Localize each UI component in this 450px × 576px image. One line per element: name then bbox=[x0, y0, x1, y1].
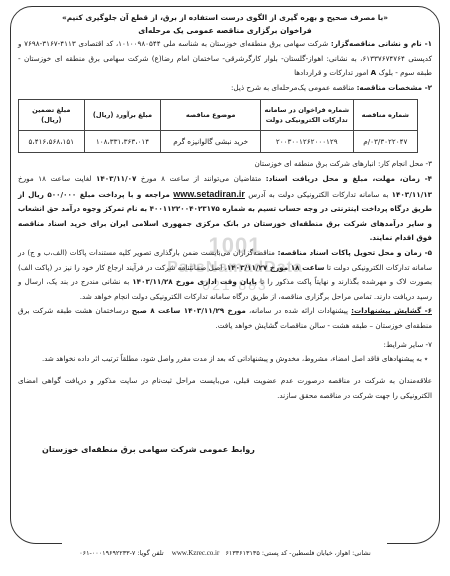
footer-website[interactable]: www.Kzrec.co.ir bbox=[172, 549, 220, 557]
slogan: «با مصرف صحیح و بهره گیری از الگوی درست … bbox=[18, 12, 432, 24]
col-call-number: شماره فراخوان در سامانه تدارکات الکترونی… bbox=[260, 100, 353, 131]
footer-address: نشانی: اهواز، خیابان فلسطین- کد پستی: ۶۱… bbox=[225, 549, 370, 557]
footer-gap bbox=[62, 540, 387, 548]
col-subject: موضوع مناقصه bbox=[161, 100, 261, 131]
section-2-specs: ۲- مشخصات مناقصه: مناقصه عمومی یک‌مرحله‌… bbox=[18, 81, 432, 96]
col-estimate: مبلغ برآورد (ریال) bbox=[84, 100, 161, 131]
col-tender-number: شماره مناقصه bbox=[353, 100, 417, 131]
section-6-opening: ۶- گشایش پیشنهادات: پیشنهادات ارائه شده … bbox=[18, 304, 432, 333]
footer-contact: نشانی: اهواز، خیابان فلسطین- کد پستی: ۶۱… bbox=[60, 549, 390, 557]
table-header-row: شماره مناقصه شماره فراخوان در سامانه تدا… bbox=[19, 100, 418, 131]
section-1-organizer: ۱- نام و نشانی مناقصه‌گزار: شرکت سهامی ب… bbox=[18, 37, 432, 81]
col-guarantee: مبلغ تضمین (ریال) bbox=[19, 100, 85, 131]
condition-bullet: ٭ به پیشنهادهای فاقد اصل امضاء، مشروط، م… bbox=[18, 352, 428, 366]
tender-table: شماره مناقصه شماره فراخوان در سامانه تدا… bbox=[18, 99, 418, 153]
section-5-delivery: ۵- زمان و محل تحویل پاکات اسناد مناقصه: … bbox=[18, 246, 432, 304]
setadiran-link[interactable]: www.setadiran.ir bbox=[173, 189, 245, 199]
signature: روابط عمومی شرکت سهامی برق منطقه‌ای خوزس… bbox=[42, 445, 255, 454]
section-7-conditions: ۷- سایر شرایط: bbox=[18, 338, 432, 353]
closing-note: علاقه‌مندان به شرکت در مناقصه درصورت عدم… bbox=[18, 374, 432, 403]
table-row: ۰۳/۳۰۲۲۰۴۷/م ۲۰۰۳۰۰۱۲۶۲۰۰۰۱۲۹ خرید نبشی … bbox=[19, 131, 418, 153]
section-4-documents: ۴- زمان، مهلت، مبلغ و محل دریافت اسناد: … bbox=[18, 172, 432, 246]
tender-notice: «با مصرف صحیح و بهره گیری از الگوی درست … bbox=[18, 10, 432, 403]
section-3-location: ۳- محل انجام کار: انبارهای شرکت برق منطق… bbox=[18, 157, 432, 172]
footer-phone: تلفن گویا: ۷-۰۰۰۱۹۶۹۲۲۳۳-۰۶۱ bbox=[79, 549, 163, 557]
notice-title: فراخوان برگزاری مناقصه عمومی یک مرحله‌ای bbox=[18, 24, 432, 37]
